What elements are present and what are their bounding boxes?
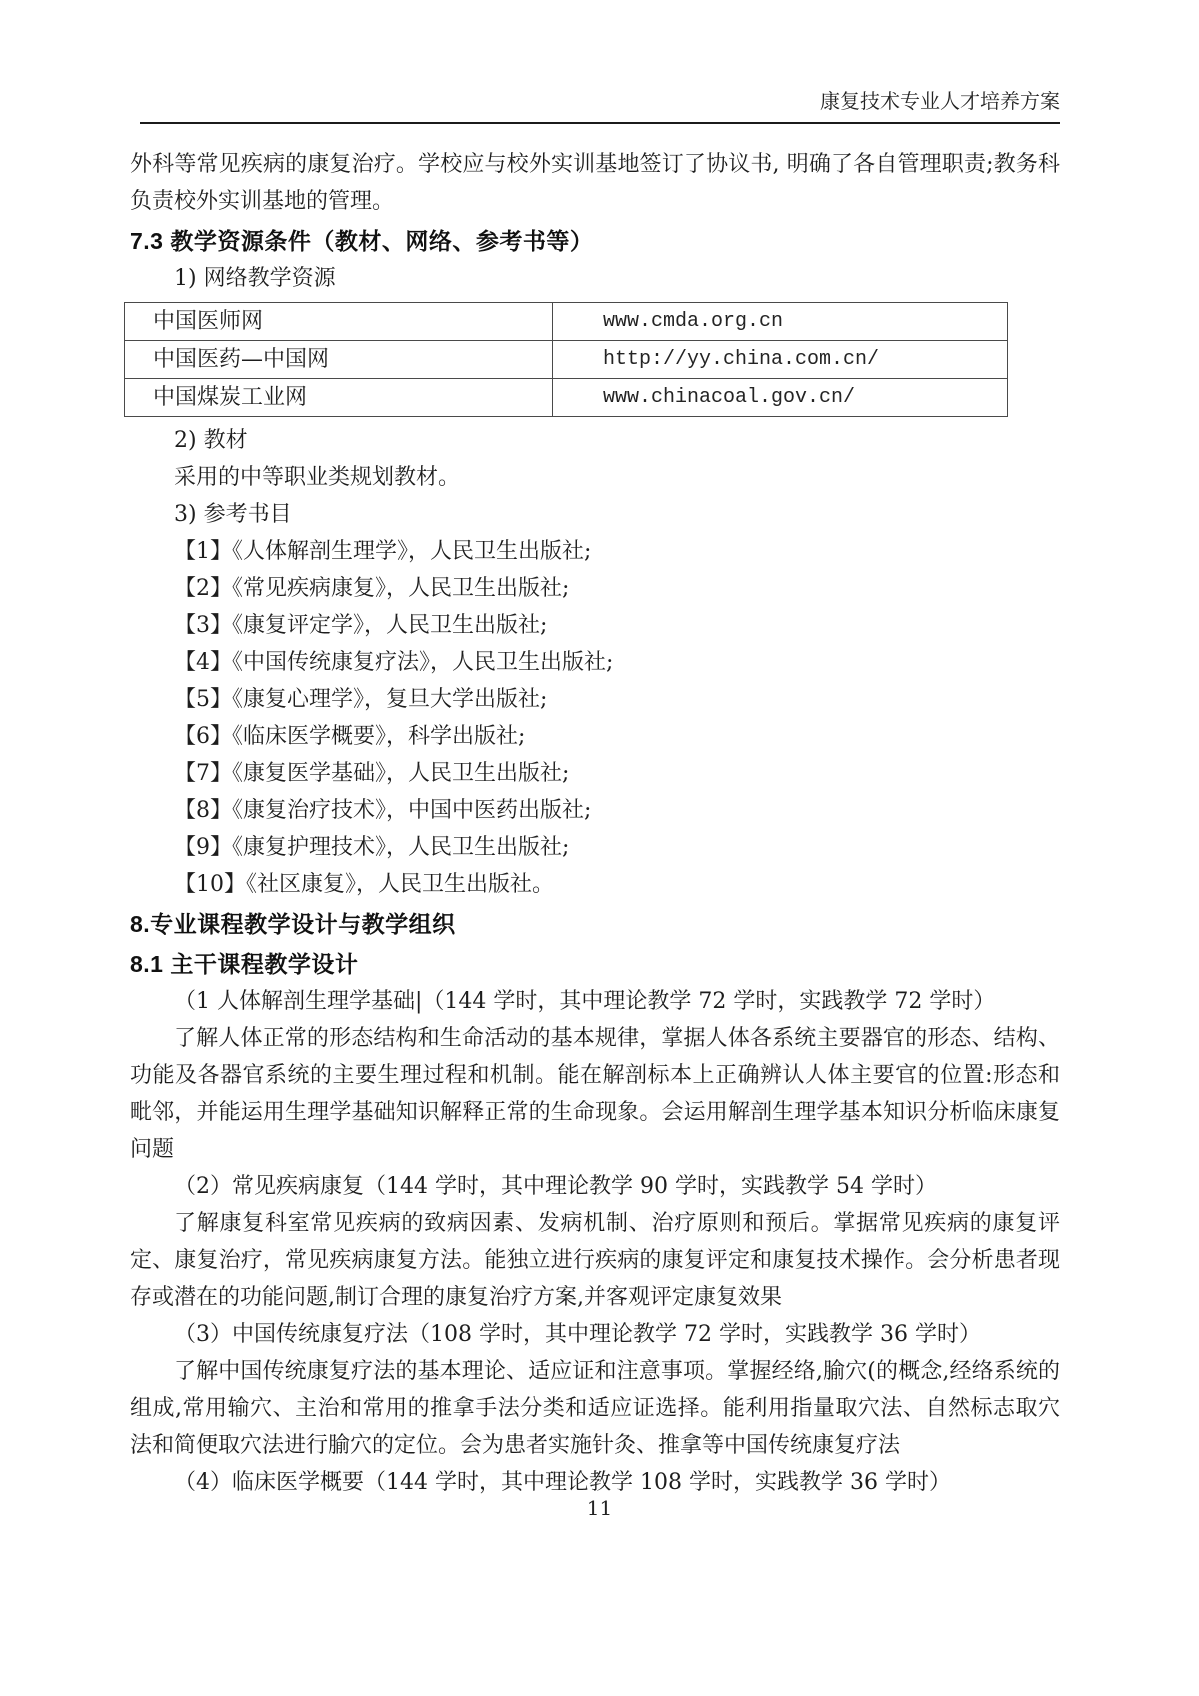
reference-item: 【8】《康复治疗技术》，中国中医药出版社; [130, 792, 1060, 829]
table-row: 中国医师网 www.cmda.org.cn [125, 303, 1008, 341]
reference-item: 【3】《康复评定学》，人民卫生出版社; [130, 607, 1060, 644]
references-label: 3) 参考书目 [130, 496, 1060, 533]
section-8-1-heading: 8.1 主干课程教学设计 [130, 945, 1060, 983]
page-content: 外科等常见疾病的康复治疗。学校应与校外实训基地签订了协议书, 明确了各自管理职责… [130, 146, 1060, 1501]
section-8-heading: 8.专业课程教学设计与教学组织 [130, 905, 1060, 943]
course-block: （1 人体解剖生理学基础|（144 学时，其中理论教学 72 学时，实践教学 7… [130, 983, 1060, 1168]
textbook-note: 采用的中等职业类规划教材。 [130, 459, 1060, 496]
course-description: 了解人体正常的形态结构和生命活动的基本规律，掌据人体各系统主要器官的形态、结构、… [130, 1020, 1060, 1168]
course-block: （3）中国传统康复疗法（108 学时，其中理论教学 72 学时，实践教学 36 … [130, 1316, 1060, 1464]
network-resources-label: 1) 网络教学资源 [130, 260, 1060, 297]
intro-paragraph: 外科等常见疾病的康复治疗。学校应与校外实训基地签订了协议书, 明确了各自管理职责… [130, 146, 1060, 220]
course-title: （2）常见疾病康复（144 学时，其中理论教学 90 学时，实践教学 54 学时… [130, 1168, 1060, 1205]
resource-name: 中国医药—中国网 [125, 341, 553, 379]
reference-item: 【1】《人体解剖生理学》，人民卫生出版社; [130, 533, 1060, 570]
reference-item: 【6】《临床医学概要》，科学出版社; [130, 718, 1060, 755]
resource-url: http://yy.china.com.cn/ [553, 341, 1008, 379]
table-row: 中国医药—中国网 http://yy.china.com.cn/ [125, 341, 1008, 379]
resource-url: www.chinacoal.gov.cn/ [553, 379, 1008, 417]
page-number: 11 [0, 1496, 1199, 1520]
resource-name: 中国医师网 [125, 303, 553, 341]
header-title: 康复技术专业人才培养方案 [820, 89, 1060, 113]
reference-item: 【9】《康复护理技术》，人民卫生出版社; [130, 829, 1060, 866]
textbook-label: 2) 教材 [130, 422, 1060, 459]
document-page: 康复技术专业人才培养方案 外科等常见疾病的康复治疗。学校应与校外实训基地签订了协… [0, 0, 1199, 1696]
resource-url: www.cmda.org.cn [553, 303, 1008, 341]
reference-item: 【10】《社区康复》，人民卫生出版社。 [130, 866, 1060, 903]
reference-item: 【4】《中国传统康复疗法》，人民卫生出版社; [130, 644, 1060, 681]
page-header: 康复技术专业人才培养方案 [140, 88, 1060, 124]
resource-name: 中国煤炭工业网 [125, 379, 553, 417]
section-7-3-heading: 7.3 教学资源条件（教材、网络、参考书等） [130, 222, 1060, 260]
course-description: 了解中国传统康复疗法的基本理论、适应证和注意事项。掌握经络,腧穴(的概念,经络系… [130, 1353, 1060, 1464]
course-title: （3）中国传统康复疗法（108 学时，其中理论教学 72 学时，实践教学 36 … [130, 1316, 1060, 1353]
table-row: 中国煤炭工业网 www.chinacoal.gov.cn/ [125, 379, 1008, 417]
reference-item: 【5】《康复心理学》，复旦大学出版社; [130, 681, 1060, 718]
reference-item: 【7】《康复医学基础》，人民卫生出版社; [130, 755, 1060, 792]
course-title: （1 人体解剖生理学基础|（144 学时，其中理论教学 72 学时，实践教学 7… [130, 983, 1060, 1020]
course-description: 了解康复科室常见疾病的致病因素、发病机制、治疗原则和预后。掌据常见疾病的康复评定… [130, 1205, 1060, 1316]
course-block: （2）常见疾病康复（144 学时，其中理论教学 90 学时，实践教学 54 学时… [130, 1168, 1060, 1316]
network-resources-table: 中国医师网 www.cmda.org.cn 中国医药—中国网 http://yy… [124, 302, 1008, 417]
reference-item: 【2】《常见疾病康复》，人民卫生出版社; [130, 570, 1060, 607]
